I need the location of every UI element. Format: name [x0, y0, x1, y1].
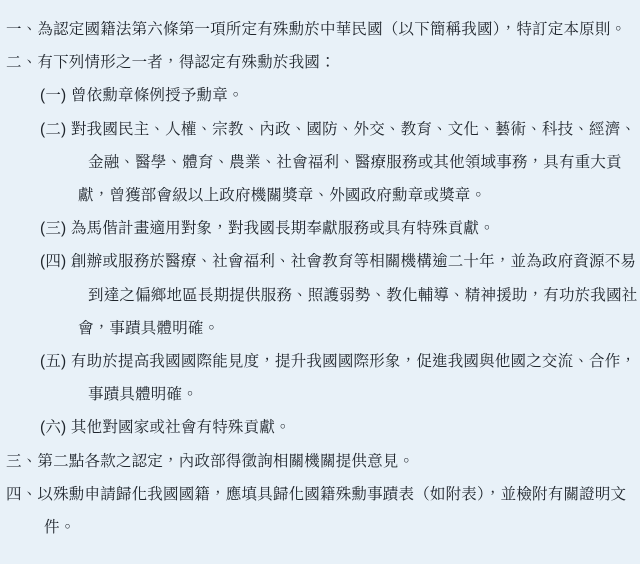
doc-line-item-2-2: (二) 對我國民主、人權、宗教、內政、國防、外交、教育、文化、藝術、科技、經濟、 [0, 113, 640, 146]
doc-line-item-2-3: (三) 為馬偕計畫適用對象，對我國長期奉獻服務或具有特殊貢獻。 [0, 212, 640, 245]
doc-line-item-4: 四、以殊勳申請歸化我國國籍，應填具歸化國籍殊勳事蹟表（如附表），並檢附有關證明文 [0, 478, 640, 511]
doc-line-item-2-4: (四) 創辦或服務於醫療、社會福利、社會教育等相關機構逾二十年，並為政府資源不易 [0, 245, 640, 278]
doc-line-item-2-6: (六) 其他對國家或社會有特殊貢獻。 [0, 411, 640, 444]
doc-line-item-2-4-cont: 到達之偏鄉地區長期提供服務、照護弱勢、教化輔導、精神援助，有功於我國社 [0, 279, 640, 312]
doc-line-item-3: 三、第二點各款之認定，內政部得徵詢相關機關提供意見。 [0, 445, 640, 478]
doc-line-item-2-2-cont: 獻，曾獲部會級以上政府機關獎章、外國政府勳章或獎章。 [0, 179, 640, 212]
document-page: 一、為認定國籍法第六條第一項所定有殊勳於中華民國（以下簡稱我國），特訂定本原則。… [0, 0, 640, 564]
doc-line-item-4-cont: 件。 [0, 511, 640, 544]
doc-line-item-2-2-cont: 金融、醫學、體育、農業、社會福利、醫療服務或其他領域事務，具有重大貢 [0, 146, 640, 179]
doc-line-item-2-1: (一) 曾依勳章條例授予勳章。 [0, 79, 640, 112]
doc-line-item-2: 二、有下列情形之一者，得認定有殊勳於我國： [0, 46, 640, 79]
doc-line-item-2-5: (五) 有助於提高我國國際能見度，提升我國國際形象，促進我國與他國之交流、合作， [0, 345, 640, 378]
doc-line-item-2-4-cont: 會，事蹟具體明確。 [0, 312, 640, 345]
doc-line-item-2-5-cont: 事蹟具體明確。 [0, 378, 640, 411]
doc-line-item-1: 一、為認定國籍法第六條第一項所定有殊勳於中華民國（以下簡稱我國），特訂定本原則。 [0, 13, 640, 46]
